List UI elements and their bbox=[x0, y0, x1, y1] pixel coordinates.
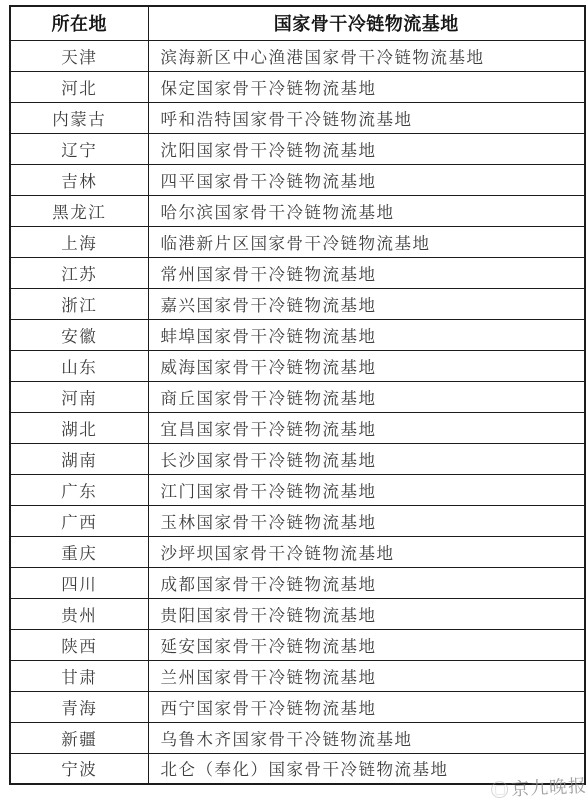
region-cell: 广东 bbox=[10, 474, 148, 505]
base-cell: 沙坪坝国家骨干冷链物流基地 bbox=[148, 536, 585, 567]
base-cell: 玉林国家骨干冷链物流基地 bbox=[148, 505, 585, 536]
region-cell: 江苏 bbox=[10, 257, 148, 288]
region-cell: 重庆 bbox=[10, 536, 148, 567]
region-cell: 四川 bbox=[10, 567, 148, 598]
base-cell: 北仑（奉化）国家骨干冷链物流基地 bbox=[148, 753, 585, 784]
base-cell: 滨海新区中心渔港国家骨干冷链物流基地 bbox=[148, 40, 585, 71]
base-cell: 常州国家骨干冷链物流基地 bbox=[148, 257, 585, 288]
region-cell: 宁波 bbox=[10, 753, 148, 784]
table-row: 天津滨海新区中心渔港国家骨干冷链物流基地 bbox=[10, 40, 585, 71]
base-cell: 宜昌国家骨干冷链物流基地 bbox=[148, 412, 585, 443]
table-row: 吉林四平国家骨干冷链物流基地 bbox=[10, 164, 585, 195]
table-row: 上海临港新片区国家骨干冷链物流基地 bbox=[10, 226, 585, 257]
region-cell: 广西 bbox=[10, 505, 148, 536]
region-cell: 陕西 bbox=[10, 629, 148, 660]
base-cell: 蚌埠国家骨干冷链物流基地 bbox=[148, 319, 585, 350]
table-row: 河北保定国家骨干冷链物流基地 bbox=[10, 71, 585, 102]
base-cell: 贵阳国家骨干冷链物流基地 bbox=[148, 598, 585, 629]
table-row: 浙江嘉兴国家骨干冷链物流基地 bbox=[10, 288, 585, 319]
table-row: 安徽蚌埠国家骨干冷链物流基地 bbox=[10, 319, 585, 350]
region-cell: 山东 bbox=[10, 350, 148, 381]
region-cell: 浙江 bbox=[10, 288, 148, 319]
region-cell: 内蒙古 bbox=[10, 102, 148, 133]
region-cell: 安徽 bbox=[10, 319, 148, 350]
table-row: 湖北宜昌国家骨干冷链物流基地 bbox=[10, 412, 585, 443]
table-row: 甘肃兰州国家骨干冷链物流基地 bbox=[10, 660, 585, 691]
table-row: 广东江门国家骨干冷链物流基地 bbox=[10, 474, 585, 505]
base-cell: 商丘国家骨干冷链物流基地 bbox=[148, 381, 585, 412]
region-cell: 上海 bbox=[10, 226, 148, 257]
table-row: 江苏常州国家骨干冷链物流基地 bbox=[10, 257, 585, 288]
base-cell: 乌鲁木齐国家骨干冷链物流基地 bbox=[148, 722, 585, 753]
base-cell: 兰州国家骨干冷链物流基地 bbox=[148, 660, 585, 691]
base-cell: 长沙国家骨干冷链物流基地 bbox=[148, 443, 585, 474]
region-cell: 吉林 bbox=[10, 164, 148, 195]
table-row: 四川成都国家骨干冷链物流基地 bbox=[10, 567, 585, 598]
base-cell: 威海国家骨干冷链物流基地 bbox=[148, 350, 585, 381]
table-header-row: 所在地 国家骨干冷链物流基地 bbox=[10, 6, 585, 40]
region-cell: 青海 bbox=[10, 691, 148, 722]
region-cell: 河南 bbox=[10, 381, 148, 412]
base-cell: 延安国家骨干冷链物流基地 bbox=[148, 629, 585, 660]
table-body: 天津滨海新区中心渔港国家骨干冷链物流基地河北保定国家骨干冷链物流基地内蒙古呼和浩… bbox=[10, 40, 585, 784]
region-cell: 甘肃 bbox=[10, 660, 148, 691]
base-cell: 呼和浩特国家骨干冷链物流基地 bbox=[148, 102, 585, 133]
header-region: 所在地 bbox=[10, 6, 148, 40]
region-cell: 天津 bbox=[10, 40, 148, 71]
page: 所在地 国家骨干冷链物流基地 天津滨海新区中心渔港国家骨干冷链物流基地河北保定国… bbox=[0, 0, 588, 810]
base-cell: 临港新片区国家骨干冷链物流基地 bbox=[148, 226, 585, 257]
region-cell: 湖南 bbox=[10, 443, 148, 474]
base-cell: 成都国家骨干冷链物流基地 bbox=[148, 567, 585, 598]
table-row: 黑龙江哈尔滨国家骨干冷链物流基地 bbox=[10, 195, 585, 226]
table-row: 贵州贵阳国家骨干冷链物流基地 bbox=[10, 598, 585, 629]
header-base: 国家骨干冷链物流基地 bbox=[148, 6, 585, 40]
table-row: 湖南长沙国家骨干冷链物流基地 bbox=[10, 443, 585, 474]
table-row: 山东威海国家骨干冷链物流基地 bbox=[10, 350, 585, 381]
base-cell: 嘉兴国家骨干冷链物流基地 bbox=[148, 288, 585, 319]
region-cell: 新疆 bbox=[10, 722, 148, 753]
table-row: 重庆沙坪坝国家骨干冷链物流基地 bbox=[10, 536, 585, 567]
region-cell: 贵州 bbox=[10, 598, 148, 629]
table-row: 青海西宁国家骨干冷链物流基地 bbox=[10, 691, 585, 722]
table-row: 广西玉林国家骨干冷链物流基地 bbox=[10, 505, 585, 536]
cold-chain-base-table: 所在地 国家骨干冷链物流基地 天津滨海新区中心渔港国家骨干冷链物流基地河北保定国… bbox=[9, 5, 586, 785]
base-cell: 沈阳国家骨干冷链物流基地 bbox=[148, 133, 585, 164]
region-cell: 辽宁 bbox=[10, 133, 148, 164]
table-row: 陕西延安国家骨干冷链物流基地 bbox=[10, 629, 585, 660]
base-cell: 保定国家骨干冷链物流基地 bbox=[148, 71, 585, 102]
base-cell: 江门国家骨干冷链物流基地 bbox=[148, 474, 585, 505]
table-row: 内蒙古呼和浩特国家骨干冷链物流基地 bbox=[10, 102, 585, 133]
region-cell: 河北 bbox=[10, 71, 148, 102]
region-cell: 黑龙江 bbox=[10, 195, 148, 226]
table-row: 河南商丘国家骨干冷链物流基地 bbox=[10, 381, 585, 412]
base-cell: 西宁国家骨干冷链物流基地 bbox=[148, 691, 585, 722]
base-cell: 四平国家骨干冷链物流基地 bbox=[148, 164, 585, 195]
base-cell: 哈尔滨国家骨干冷链物流基地 bbox=[148, 195, 585, 226]
table-row: 新疆乌鲁木齐国家骨干冷链物流基地 bbox=[10, 722, 585, 753]
table-row: 宁波北仑（奉化）国家骨干冷链物流基地 bbox=[10, 753, 585, 784]
region-cell: 湖北 bbox=[10, 412, 148, 443]
table-row: 辽宁沈阳国家骨干冷链物流基地 bbox=[10, 133, 585, 164]
